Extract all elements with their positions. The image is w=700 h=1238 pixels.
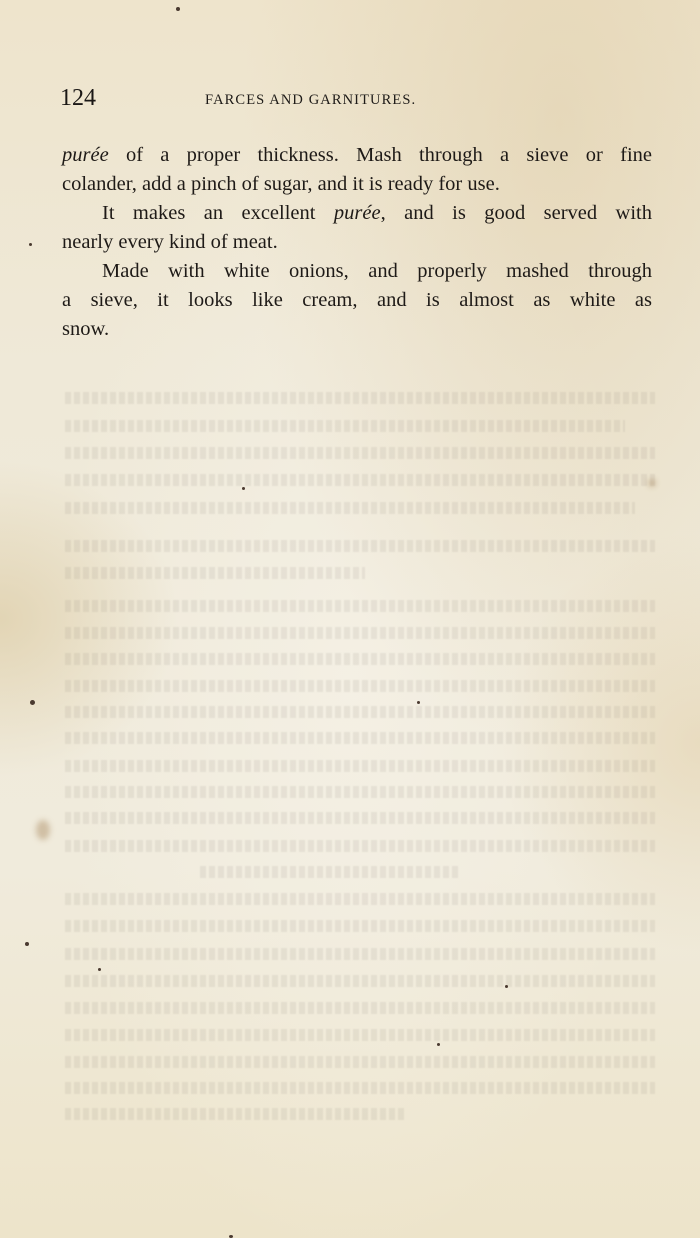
bleed-through-line bbox=[65, 680, 655, 692]
paper-stain bbox=[36, 820, 50, 840]
text-line: a sieve, it looks like cream, and is alm… bbox=[62, 286, 652, 315]
bleed-through-line bbox=[65, 447, 655, 459]
text-line: purée of a proper thickness. Mash throug… bbox=[62, 141, 652, 170]
paper-speck bbox=[25, 942, 29, 946]
text-span: , and is good served with bbox=[381, 202, 652, 224]
paper-stain bbox=[648, 479, 656, 487]
text-line: Made with white onions, and properly mas… bbox=[62, 257, 652, 286]
bleed-through-line bbox=[65, 600, 655, 612]
running-head: 124 FARCES AND GARNITURES. bbox=[60, 84, 652, 112]
paper-speck bbox=[417, 701, 420, 704]
bleed-through-line bbox=[65, 474, 655, 486]
bleed-through-line bbox=[65, 1056, 655, 1068]
running-head-title: FARCES AND GARNITURES. bbox=[205, 90, 416, 110]
bleed-through-line bbox=[65, 920, 655, 932]
paper-speck bbox=[437, 1043, 440, 1046]
bleed-through-line bbox=[200, 866, 460, 878]
bleed-through-line bbox=[65, 392, 655, 404]
bleed-through-line bbox=[65, 567, 365, 579]
bleed-through-line bbox=[65, 653, 655, 665]
bleed-through-line bbox=[65, 812, 655, 824]
bleed-through-line bbox=[65, 732, 655, 744]
bleed-through-line bbox=[65, 893, 655, 905]
bleed-through-line bbox=[65, 1002, 655, 1014]
bleed-through-line bbox=[65, 786, 655, 798]
text-line: snow. bbox=[62, 315, 652, 344]
bleed-through-line bbox=[65, 627, 655, 639]
paper-speck bbox=[176, 7, 180, 11]
text-span: It makes an excellent bbox=[102, 202, 334, 224]
paragraph-1: purée of a proper thickness. Mash throug… bbox=[62, 141, 652, 199]
bleed-through-line bbox=[65, 1029, 655, 1041]
bleed-through-line bbox=[65, 840, 655, 852]
book-page: 124 FARCES AND GARNITURES. purée of a pr… bbox=[0, 0, 700, 1238]
text-line: colander, add a pinch of sugar, and it i… bbox=[62, 170, 652, 199]
text-span: of a proper thickness. Mash through a si… bbox=[109, 144, 652, 166]
body-text: purée of a proper thickness. Mash throug… bbox=[62, 141, 652, 344]
page-number: 124 bbox=[60, 84, 96, 112]
text-line: nearly every kind of meat. bbox=[62, 228, 652, 257]
paper-speck bbox=[505, 985, 508, 988]
bleed-through-line bbox=[65, 975, 655, 987]
bleed-through-line bbox=[65, 1082, 655, 1094]
paper-speck bbox=[98, 968, 101, 971]
bleed-through-line bbox=[65, 502, 635, 514]
text-line: It makes an excellent purée, and is good… bbox=[62, 199, 652, 228]
bleed-through-line bbox=[65, 540, 655, 552]
paper-speck bbox=[30, 700, 35, 705]
paper-speck bbox=[29, 243, 32, 246]
bleed-through-line bbox=[65, 706, 655, 718]
bleed-through-line bbox=[65, 420, 625, 432]
bleed-through-line bbox=[65, 760, 655, 772]
bleed-through-line bbox=[65, 948, 655, 960]
italic-word: purée bbox=[62, 144, 109, 166]
paragraph-2: It makes an excellent purée, and is good… bbox=[62, 199, 652, 257]
paragraph-3: Made with white onions, and properly mas… bbox=[62, 257, 652, 344]
bleed-through-line bbox=[65, 1108, 405, 1120]
italic-word: purée bbox=[334, 202, 381, 224]
paper-speck bbox=[242, 487, 245, 490]
